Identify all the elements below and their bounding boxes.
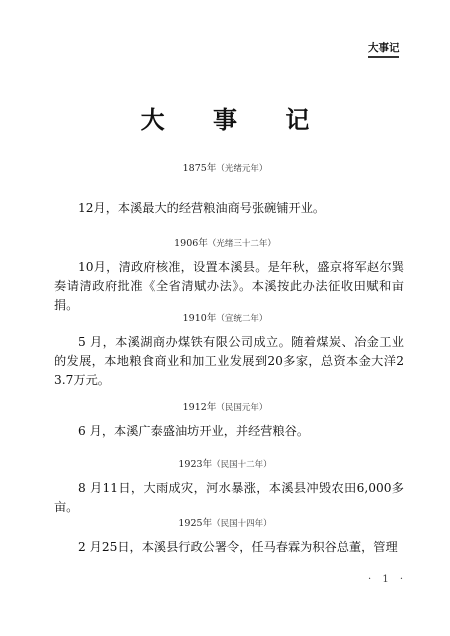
era-label: （民国十四年） [212, 519, 272, 529]
year-heading-1925: 1925年（民国十四年） [0, 515, 450, 529]
entry-1923: 8 月11日，大雨成灾，河水暴涨，本溪县冲毁农田6,000多亩。 [54, 479, 404, 517]
page-number: · 1 · [368, 574, 407, 585]
entry-1875: 12月，本溪最大的经营粮油商号张碗铺开业。 [54, 199, 404, 218]
entry-1906: 10月，清政府核准，设置本溪县。是年秋，盛京将军赵尔巽奏请清政府批准《全省清赋办… [54, 258, 404, 315]
year-heading-1875: 1875年（光绪元年） [0, 160, 450, 174]
year-label: 1875年 [183, 163, 217, 174]
era-label: （光绪元年） [216, 164, 267, 174]
year-label: 1910年 [183, 313, 217, 324]
year-label: 1906年 [174, 238, 208, 249]
era-label: （民国元年） [216, 403, 267, 413]
entry-1912: 6 月，本溪广泰盛油坊开业，并经营粮谷。 [54, 422, 404, 441]
running-head: 大事记 [368, 40, 400, 55]
era-label: （宣统二年） [216, 314, 267, 324]
era-label: （光绪三十二年） [208, 239, 276, 249]
year-heading-1912: 1912年（民国元年） [0, 399, 450, 413]
year-label: 1923年 [178, 459, 212, 470]
year-heading-1910: 1910年（宣统二年） [0, 310, 450, 324]
running-head-rule [368, 56, 399, 58]
entry-1910: 5 月，本溪湖商办煤铁有限公司成立。随着煤炭、冶金工业的发展，本地粮食商业和加工… [54, 333, 404, 390]
entry-1925: 2 月25日，本溪县行政公署令，任马春霖为积谷总董，管理 [54, 538, 404, 557]
year-label: 1925年 [178, 518, 212, 529]
page-title: 大 事 记 [0, 100, 450, 135]
year-heading-1906: 1906年（光绪三十二年） [0, 235, 450, 249]
era-label: （民国十二年） [212, 460, 272, 470]
year-label: 1912年 [183, 402, 217, 413]
year-heading-1923: 1923年（民国十二年） [0, 456, 450, 470]
